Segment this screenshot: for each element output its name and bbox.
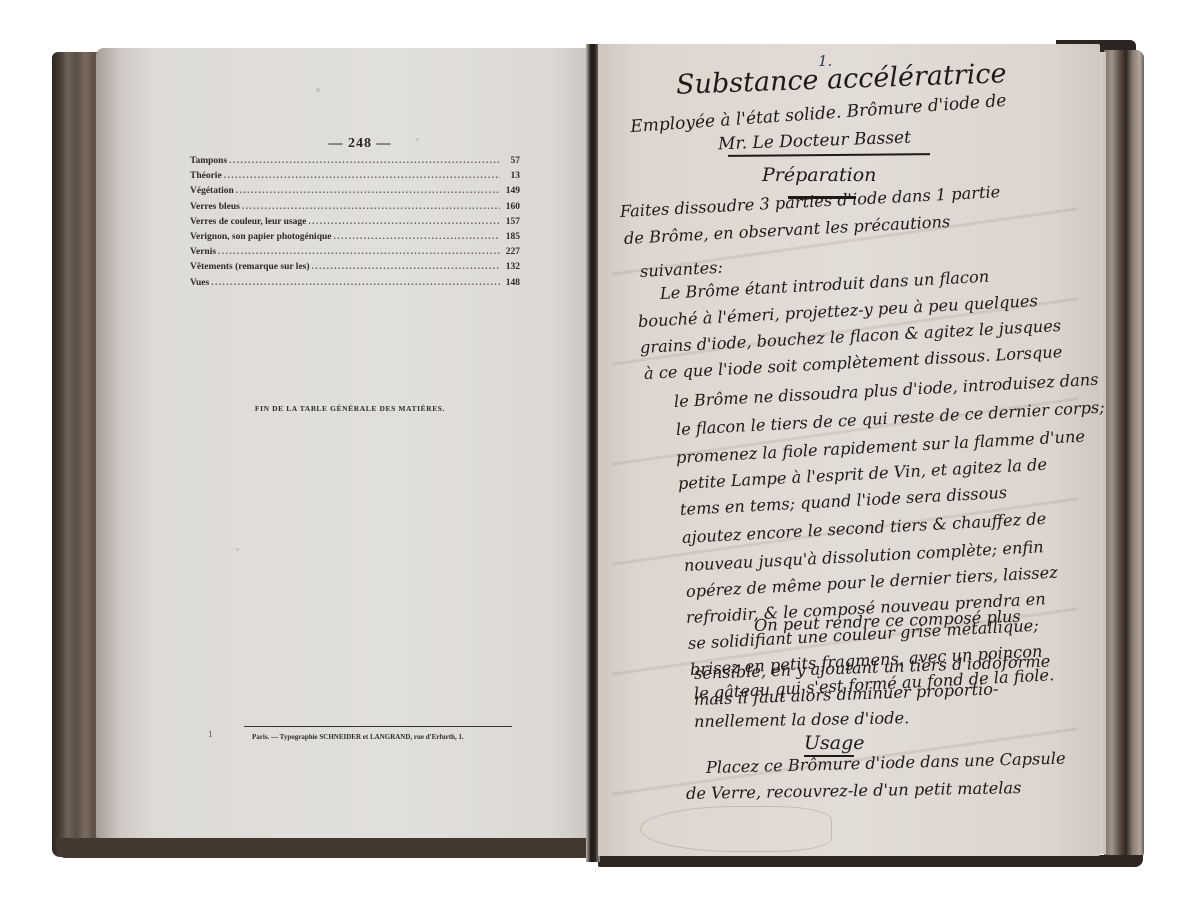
index-term: Théorie xyxy=(190,171,222,181)
dot-leader xyxy=(229,156,500,166)
index-term: Vernis xyxy=(190,247,216,257)
foxing-spot xyxy=(236,548,239,551)
signature-mark: 1 xyxy=(208,729,213,739)
index-term: Vêtements (remarque sur les) xyxy=(190,262,310,272)
index-entry: Verignon, son papier photogénique185 xyxy=(190,232,520,247)
index-entry: Verres de couleur, leur usage157 xyxy=(190,217,520,232)
index-entry: Théorie13 xyxy=(190,171,520,186)
dot-leader xyxy=(308,217,500,227)
index-page-ref: 57 xyxy=(502,156,520,166)
index-page-ref: 227 xyxy=(502,247,520,257)
dot-leader xyxy=(333,232,500,242)
index-page-ref: 160 xyxy=(502,202,520,212)
dot-leader xyxy=(224,171,500,181)
index-page-ref: 157 xyxy=(502,217,520,227)
end-of-table-note: FIN DE LA TABLE GÉNÉRALE DES MATIÈRES. xyxy=(200,404,500,413)
right-cover-bottom-edge xyxy=(598,855,1143,867)
index-term: Verignon, son papier photogénique xyxy=(190,232,331,242)
index-entry: Vernis227 xyxy=(190,247,520,262)
dot-leader xyxy=(211,278,500,288)
index-page-ref: 13 xyxy=(502,171,520,181)
left-cover-bottom-edge xyxy=(56,838,596,858)
index-entry: Végétation149 xyxy=(190,186,520,201)
dot-leader xyxy=(312,262,500,272)
right-book-cover xyxy=(1104,50,1144,860)
index-page-ref: 148 xyxy=(502,278,520,288)
index-page-ref: 185 xyxy=(502,232,520,242)
index-entry: Verres bleus160 xyxy=(190,202,520,217)
index-page-ref: 132 xyxy=(502,262,520,272)
index-entry: Vêtements (remarque sur les)132 xyxy=(190,262,520,277)
dot-leader xyxy=(242,202,500,212)
dot-leader xyxy=(236,186,500,196)
foxing-spot xyxy=(316,88,320,92)
index-entry: Vues148 xyxy=(190,278,520,293)
printer-imprint: Paris. — Typographie SCHNEIDER et LANGRA… xyxy=(252,733,464,741)
index-term: Vues xyxy=(190,278,209,288)
index-term: Verres bleus xyxy=(190,202,240,212)
index-list: Tampons57 Théorie13 Végétation149 Verres… xyxy=(190,156,520,293)
index-entry: Tampons57 xyxy=(190,156,520,171)
page-number: — 248 — xyxy=(300,136,420,152)
dot-leader xyxy=(218,247,500,257)
section-heading-preparation: Préparation xyxy=(762,164,876,186)
manuscript-line: nnellement la dose d'iode. xyxy=(694,708,910,731)
index-term: Végétation xyxy=(190,186,234,196)
bleed-through-stamp xyxy=(640,806,832,852)
index-page-ref: 149 xyxy=(502,186,520,196)
section-heading-usage: Usage xyxy=(804,732,865,754)
index-term: Tampons xyxy=(190,156,227,166)
imprint-rule xyxy=(244,726,512,727)
index-term: Verres de couleur, leur usage xyxy=(190,217,306,227)
